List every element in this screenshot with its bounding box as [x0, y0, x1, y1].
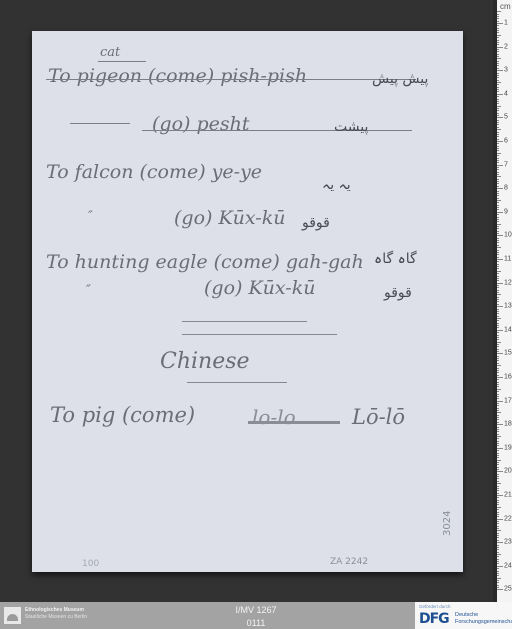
ruler-tick	[497, 301, 499, 302]
ruler-tick	[497, 427, 499, 428]
ruler-tick	[497, 330, 503, 331]
ruler-tick	[497, 410, 499, 411]
ruler-tick	[497, 561, 499, 562]
ruler-tick	[497, 228, 499, 229]
ruler-tick	[497, 460, 501, 461]
arabic-qu-qu: قوقو	[384, 285, 412, 301]
ruler-tick	[497, 134, 499, 135]
ruler-label: 17	[504, 397, 512, 404]
ruler-tick	[497, 516, 499, 517]
ruler-tick	[497, 540, 499, 541]
ruler-tick	[497, 360, 499, 361]
ruler-tick	[497, 431, 499, 432]
ruler-tick	[497, 389, 501, 390]
ruler-tick	[497, 174, 499, 175]
ruler-tick	[497, 250, 499, 251]
ruler-tick	[497, 16, 499, 17]
ruler-label: 25	[504, 586, 512, 593]
line-falcon-go: (go) Kūx-kū	[174, 207, 285, 229]
ruler-tick	[497, 549, 499, 550]
ruler-tick	[497, 474, 499, 475]
ruler-tick	[497, 146, 499, 147]
ruler-tick	[497, 235, 503, 236]
ruler-tick	[497, 589, 503, 590]
inventory-note: ZA 2242	[330, 557, 368, 567]
ruler-tick	[497, 273, 499, 274]
ruler-tick	[497, 495, 503, 496]
ruler-tick	[497, 453, 499, 454]
ruler-tick	[497, 417, 499, 418]
ruler-tick	[497, 297, 499, 298]
ruler-tick	[497, 519, 503, 520]
ruler-tick	[497, 507, 501, 508]
ruler-label: 6	[504, 138, 508, 145]
ruler-tick	[497, 306, 503, 307]
ruler-tick	[497, 51, 499, 52]
dfg-logo-icon: DFG	[419, 611, 449, 627]
ruler-tick	[497, 54, 499, 55]
ruler-tick	[497, 436, 501, 437]
ruler-tick	[497, 530, 501, 531]
ruler-tick	[497, 103, 499, 104]
ruler-tick	[497, 75, 499, 76]
ruler-tick	[497, 200, 501, 201]
ruler-tick	[497, 214, 499, 215]
ruler-label: 15	[504, 350, 512, 357]
ruler-tick	[497, 396, 499, 397]
ruler-tick	[497, 205, 499, 206]
ruler-tick	[497, 575, 499, 576]
ruler-tick	[497, 585, 499, 586]
ruler-tick	[497, 264, 499, 265]
ruler-tick	[497, 80, 499, 81]
ruler-label: 14	[504, 326, 512, 333]
image-viewer: cat To pigeon (come) pish-pish پیش پیش (…	[0, 0, 493, 602]
ditto-mark	[70, 123, 130, 124]
ruler-tick	[497, 424, 503, 425]
line-eagle-go: (go) Kūx-kū	[204, 277, 315, 299]
ruler-tick	[497, 545, 499, 546]
ruler-tick	[497, 554, 501, 555]
ruler-label: 20	[504, 468, 512, 475]
ruler-label: 13	[504, 303, 512, 310]
ruler-tick	[497, 377, 503, 378]
ruler-label: 19	[504, 444, 512, 451]
ruler-label: 21	[504, 492, 512, 499]
ruler-tick	[497, 488, 499, 489]
ruler-tick	[497, 434, 499, 435]
ruler-tick	[497, 471, 503, 472]
ruler-tick	[497, 122, 499, 123]
margin-note-left: 100	[82, 559, 99, 569]
ruler-tick	[497, 94, 503, 95]
ruler-tick	[497, 514, 499, 515]
ruler-tick	[497, 120, 499, 121]
ruler-label: 16	[504, 374, 512, 381]
ruler-tick	[497, 61, 499, 62]
ruler-tick	[497, 266, 499, 267]
arabic-pesht: پیشت	[334, 119, 368, 135]
dfg-name-line1: Deutsche	[455, 612, 478, 618]
ruler-tick	[497, 207, 499, 208]
ruler-tick	[497, 537, 499, 538]
strike-through	[248, 421, 340, 424]
ruler-tick	[497, 325, 499, 326]
ruler-tick	[497, 91, 499, 92]
ruler-tick	[497, 478, 499, 479]
divider-line	[182, 321, 307, 322]
ruler-tick	[497, 365, 501, 366]
ruler-tick	[497, 528, 499, 529]
ruler-tick	[497, 278, 499, 279]
ruler-tick	[497, 84, 499, 85]
ruler-tick	[497, 438, 499, 439]
ruler-tick	[497, 240, 499, 241]
ruler-tick	[497, 349, 499, 350]
dfg-name-line2: Forschungsgemeinschaft	[455, 619, 512, 625]
ruler-tick	[497, 56, 499, 57]
ruler-tick	[497, 398, 499, 399]
ruler-tick	[497, 195, 499, 196]
ruler-tick	[497, 242, 499, 243]
ruler-tick	[497, 167, 499, 168]
ruler-label: 18	[504, 421, 512, 428]
line-cat-go: (go) pesht	[152, 113, 250, 135]
ruler-tick	[497, 481, 499, 482]
ruler-label: 8	[504, 185, 508, 192]
ruler-tick	[497, 356, 499, 357]
ruler-tick	[497, 382, 499, 383]
ruler-tick	[497, 533, 499, 534]
ruler-tick	[497, 117, 503, 118]
ruler-tick	[497, 523, 499, 524]
ruler-tick	[497, 292, 499, 293]
ruler-tick	[497, 176, 501, 177]
ruler-tick	[497, 219, 499, 220]
ruler-tick	[497, 155, 499, 156]
ruler-tick	[497, 143, 499, 144]
ruler-tick	[497, 318, 501, 319]
ruler-tick	[497, 339, 499, 340]
ruler-label: 4	[504, 90, 508, 97]
ruler-tick	[497, 40, 499, 41]
ruler-tick	[497, 563, 499, 564]
ruler-tick	[497, 368, 499, 369]
ruler-tick	[497, 224, 501, 225]
ruler-tick	[497, 153, 501, 154]
ruler-tick	[497, 259, 503, 260]
dfg-funding-badge: Gefördert durch DFG Deutsche Forschungsg…	[415, 602, 512, 629]
ruler-tick	[497, 77, 499, 78]
ruler-tick	[497, 141, 503, 142]
ruler-tick	[497, 254, 499, 255]
ruler-tick	[497, 186, 499, 187]
ruler-tick	[497, 268, 499, 269]
ruler-tick	[497, 32, 499, 33]
line-pig-come: To pig (come)	[50, 403, 195, 427]
ruler-tick	[497, 386, 499, 387]
ruler-tick	[497, 504, 499, 505]
ruler-tick	[497, 58, 501, 59]
ruler-tick	[497, 445, 499, 446]
ruler-tick	[497, 332, 499, 333]
cm-ruler: cm 1234567891011121314151617181920212223…	[493, 0, 512, 602]
ruler-tick	[497, 18, 499, 19]
margin-note-vertical: 3024	[442, 511, 453, 536]
ruler-tick	[497, 198, 499, 199]
ruler-tick	[497, 455, 499, 456]
ruler-tick	[497, 283, 503, 284]
ruler-tick	[497, 441, 499, 442]
ruler-tick	[497, 419, 499, 420]
ruler-tick	[497, 580, 499, 581]
ruler-tick	[497, 202, 499, 203]
ruler-tick	[497, 582, 499, 583]
ruler-tick	[497, 547, 499, 548]
ruler-tick	[497, 363, 499, 364]
ruler-tick	[497, 394, 499, 395]
ruler-tick	[497, 63, 499, 64]
ruler-tick	[497, 370, 499, 371]
ruler-tick	[497, 110, 499, 111]
ruler-tick	[497, 113, 499, 114]
ruler-tick	[497, 320, 499, 321]
ruler-label: 1	[504, 20, 508, 27]
ruler-tick	[497, 509, 499, 510]
ruler-label: 9	[504, 208, 508, 215]
ruler-tick	[497, 183, 499, 184]
ruler-tick	[497, 238, 499, 239]
ruler-tick	[497, 70, 503, 71]
ruler-tick	[497, 309, 499, 310]
arabic-pish-pish: پیش پیش	[372, 71, 428, 87]
ruler-tick	[497, 353, 503, 354]
strike-through	[46, 79, 416, 80]
ruler-tick	[497, 245, 499, 246]
ruler-label: 5	[504, 114, 508, 121]
ruler-tick	[497, 96, 499, 97]
ruler-tick	[497, 108, 499, 109]
ruler-tick	[497, 179, 499, 180]
ruler-tick	[497, 287, 499, 288]
ruler-tick	[497, 99, 499, 100]
ruler-tick	[497, 35, 501, 36]
ruler-label: 23	[504, 539, 512, 546]
divider-line	[182, 334, 337, 335]
ruler-tick	[497, 578, 501, 579]
ruler-tick	[497, 21, 499, 22]
ditto-mark: ″	[86, 283, 91, 298]
insertion-cat: cat	[100, 45, 120, 60]
heading-chinese: Chinese	[160, 349, 250, 374]
ruler-tick	[497, 500, 499, 501]
ruler-tick	[497, 285, 499, 286]
ruler-tick	[497, 462, 499, 463]
ruler-tick	[497, 415, 499, 416]
ruler-tick	[497, 403, 499, 404]
ruler-tick	[497, 212, 503, 213]
ruler-tick	[497, 172, 499, 173]
ruler-tick	[497, 502, 499, 503]
ruler-tick	[497, 552, 499, 553]
ruler-tick	[497, 313, 499, 314]
ruler-tick	[497, 136, 499, 137]
struck-lo-lo: lo-lo	[252, 405, 296, 429]
ruler-label: 7	[504, 161, 508, 168]
ruler-tick	[497, 587, 499, 588]
ruler-tick	[497, 351, 499, 352]
ruler-tick	[497, 344, 499, 345]
ruler-tick	[497, 217, 499, 218]
line-cat-come: To pigeon (come) pish-pish	[48, 65, 307, 87]
ruler-tick	[497, 542, 503, 543]
ruler-tick	[497, 422, 499, 423]
ruler-tick	[497, 169, 499, 170]
ruler-tick	[497, 209, 499, 210]
ruler-tick	[497, 429, 499, 430]
ruler-label: 22	[504, 515, 512, 522]
ruler-label: 10	[504, 232, 512, 239]
arabic-gah-gah: گاہ گاہ	[374, 251, 417, 267]
funded-by-label: Gefördert durch	[419, 604, 451, 609]
ruler-tick	[497, 191, 499, 192]
ruler-tick	[497, 486, 499, 487]
ruler-tick	[497, 375, 499, 376]
ruler-tick	[497, 49, 499, 50]
line-eagle-come: To hunting eagle (come) gah-gah	[46, 251, 364, 273]
ruler-tick	[497, 87, 499, 88]
ruler-tick	[497, 162, 499, 163]
ruler-tick	[497, 304, 499, 305]
ruler-unit: cm	[500, 2, 511, 11]
ruler-tick	[497, 257, 499, 258]
ruler-tick	[497, 23, 503, 24]
ruler-tick	[497, 226, 499, 227]
strike-through	[98, 61, 146, 62]
ruler-tick	[497, 311, 499, 312]
ruler-tick	[497, 276, 499, 277]
ruler-tick	[497, 358, 499, 359]
ruler-tick	[497, 457, 499, 458]
ruler-tick	[497, 323, 499, 324]
ruler-tick	[497, 384, 499, 385]
ruler-tick	[497, 290, 499, 291]
ruler-tick	[497, 158, 499, 159]
ruler-tick	[497, 448, 503, 449]
ruler-label: 24	[504, 562, 512, 569]
ruler-label: 11	[504, 256, 511, 263]
ruler-tick	[497, 65, 499, 66]
ruler-tick	[497, 160, 499, 161]
ruler-tick	[497, 559, 499, 560]
ruler-tick	[497, 25, 499, 26]
ruler-tick	[497, 566, 503, 567]
ruler-tick	[497, 379, 499, 380]
ruler-tick	[497, 150, 499, 151]
line-falcon-come: To falcon (come) ye-ye	[46, 161, 262, 183]
ruler-tick	[497, 221, 499, 222]
ruler-tick	[497, 526, 499, 527]
ruler-tick	[497, 188, 503, 189]
ruler-tick	[497, 573, 499, 574]
document-page: cat To pigeon (come) pish-pish پیش پیش (…	[32, 31, 463, 572]
ruler-tick	[497, 476, 499, 477]
ruler-tick	[497, 316, 499, 317]
ruler-label: 12	[504, 279, 512, 286]
ruler-tick	[497, 464, 499, 465]
ruler-tick	[497, 401, 503, 402]
ruler-tick	[497, 271, 501, 272]
ruler-tick	[497, 44, 499, 45]
ruler-tick	[497, 42, 499, 43]
ruler-tick	[497, 193, 499, 194]
heading-underline	[187, 382, 287, 383]
ruler-tick	[497, 335, 499, 336]
ruler-tick	[497, 280, 499, 281]
ruler-tick	[497, 181, 499, 182]
ditto-mark: ″	[88, 209, 93, 224]
ruler-tick	[497, 14, 499, 15]
ruler-tick	[497, 342, 501, 343]
ruler-tick	[497, 391, 499, 392]
ruler-tick	[497, 521, 499, 522]
ruler-tick	[497, 412, 501, 413]
ruler-tick	[497, 247, 501, 248]
ruler-tick	[497, 11, 501, 12]
value-lo-lo: Lō-lō	[352, 405, 405, 429]
ruler-tick	[497, 408, 499, 409]
ruler-label: 3	[504, 67, 508, 74]
ruler-tick	[497, 490, 499, 491]
strike-through	[142, 130, 412, 131]
ruler-tick	[497, 82, 501, 83]
ruler-tick	[497, 89, 499, 90]
footer-bar: Ethnologisches Museum Staatliche Museen …	[0, 602, 512, 629]
ruler-tick	[497, 233, 499, 234]
ruler-tick	[497, 68, 499, 69]
ruler-tick	[497, 556, 499, 557]
ruler-tick	[497, 115, 499, 116]
ruler-tick	[497, 294, 501, 295]
ruler-tick	[497, 127, 499, 128]
ruler-tick	[497, 450, 499, 451]
ruler-tick	[497, 372, 499, 373]
ruler-tick	[497, 231, 499, 232]
ruler-tick	[497, 346, 499, 347]
ruler-tick	[497, 467, 499, 468]
ruler-tick	[497, 327, 499, 328]
ruler-tick	[497, 30, 499, 31]
ruler-tick	[497, 261, 499, 262]
ruler-tick	[497, 493, 499, 494]
ruler-tick	[497, 106, 501, 107]
ruler-tick	[497, 47, 503, 48]
ruler-tick	[497, 469, 499, 470]
ruler-tick	[497, 571, 499, 572]
ruler-tick	[497, 337, 499, 338]
ruler-tick	[497, 37, 499, 38]
ruler-tick	[497, 497, 499, 498]
ruler-tick	[497, 483, 501, 484]
ruler-tick	[497, 129, 501, 130]
ruler-tick	[497, 73, 499, 74]
arabic-qu-qu: قوقو	[302, 215, 330, 231]
ruler-tick	[497, 299, 499, 300]
ruler-tick	[497, 148, 499, 149]
ruler-tick	[497, 443, 499, 444]
ruler-tick	[497, 405, 499, 406]
ruler-tick	[497, 252, 499, 253]
